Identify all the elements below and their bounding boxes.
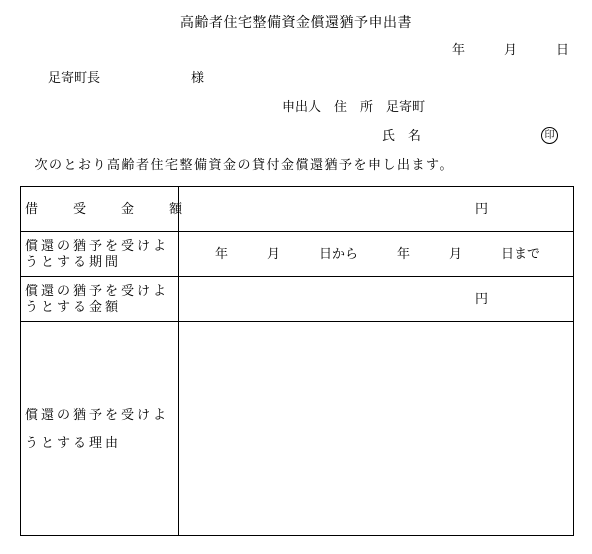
row-label-line1: 償還の猶予を受けよ (25, 238, 178, 254)
yen-unit: 円 (475, 291, 573, 307)
addressee-line: 足寄町長 様 (48, 71, 204, 84)
form-table: 借 受 金 額 円 償還の猶予を受けよ うとする期間 年 月 日から 年 月 日… (20, 186, 574, 536)
row-label-line1: 償還の猶予を受けよ (25, 401, 178, 429)
page-title: 高齢者住宅整備資金償還猶予申出書 (0, 15, 592, 29)
applicant-address-line: 申出人 住 所 足寄町 (282, 100, 425, 113)
row-label-line1: 償還の猶予を受けよ (25, 283, 178, 299)
intro-sentence: 次のとおり高齢者住宅整備資金の貸付金償還猶予を申し出ます。 (20, 158, 454, 171)
row-label-line2: うとする金額 (25, 299, 178, 315)
row-borrowed-amount-label: 借 受 金 額 (21, 187, 179, 232)
applicant-name-line: 氏 名 (382, 129, 421, 142)
row-deferment-reason-value (179, 322, 573, 535)
row-deferment-amount-value: 円 (179, 277, 573, 322)
row-deferment-reason-label: 償還の猶予を受けよ うとする理由 (21, 322, 179, 535)
row-deferment-period-value: 年 月 日から 年 月 日まで (179, 232, 573, 277)
period-text: 年 月 日から 年 月 日まで (215, 246, 573, 262)
seal-text: 印 (545, 131, 555, 141)
row-deferment-amount-label: 償還の猶予を受けよ うとする金額 (21, 277, 179, 322)
row-label-text: 借 受 金 額 (25, 201, 178, 217)
row-borrowed-amount-value: 円 (179, 187, 573, 232)
row-label-line2: うとする期間 (25, 254, 178, 270)
document-page: 高齢者住宅整備資金償還猶予申出書 年 月 日 足寄町長 様 申出人 住 所 足寄… (0, 0, 592, 554)
yen-unit: 円 (475, 201, 573, 217)
date-line: 年 月 日 (452, 43, 569, 56)
row-label-line2: うとする理由 (25, 429, 178, 457)
row-deferment-period-label: 償還の猶予を受けよ うとする期間 (21, 232, 179, 277)
seal-icon: 印 (541, 127, 558, 144)
